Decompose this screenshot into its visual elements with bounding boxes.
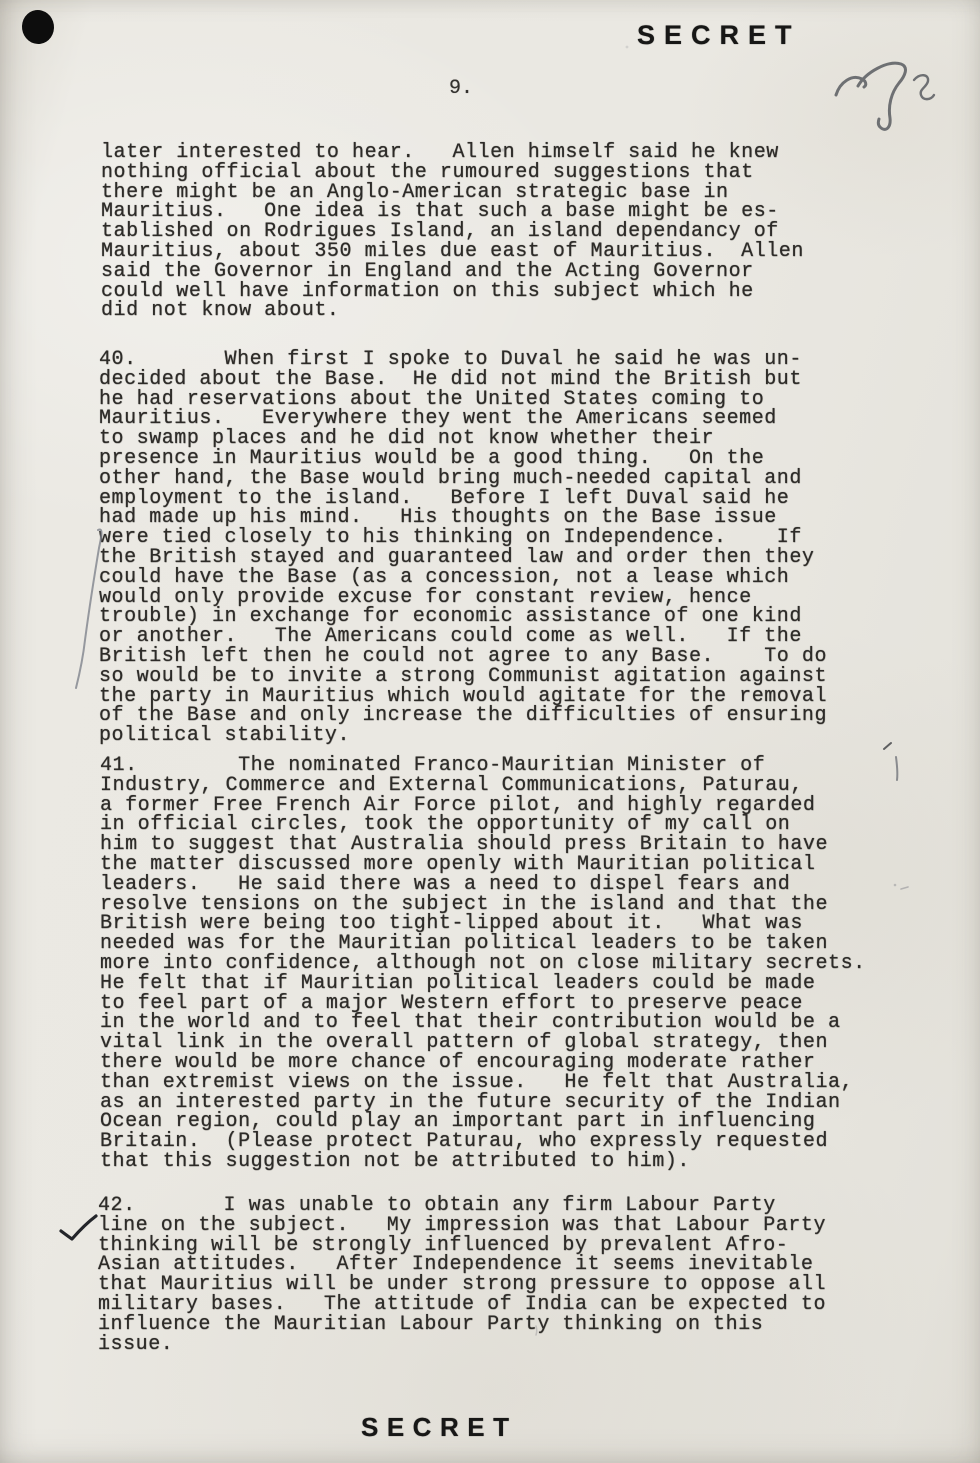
page-number: 9.	[449, 77, 473, 100]
paragraph-40: 40. When first I spoke to Duval he said …	[99, 350, 827, 746]
classification-header: SECRET	[637, 20, 801, 51]
classification-footer: SECRET	[361, 1412, 517, 1443]
paragraph-41: 41. The nominated Franco-Mauritian Minis…	[100, 756, 866, 1172]
scanned-document-page: SECRET 9. later interested to hear. Alle…	[0, 0, 980, 1463]
margin-pencil-line	[76, 529, 102, 688]
paragraph-42: 42. I was unable to obtain any firm Labo…	[98, 1196, 826, 1354]
hole-punch-mark	[20, 8, 56, 46]
handwritten-scribble	[836, 63, 934, 129]
margin-checkmark	[61, 1216, 96, 1239]
paragraph-39-continuation: later interested to hear. Allen himself …	[101, 143, 804, 321]
